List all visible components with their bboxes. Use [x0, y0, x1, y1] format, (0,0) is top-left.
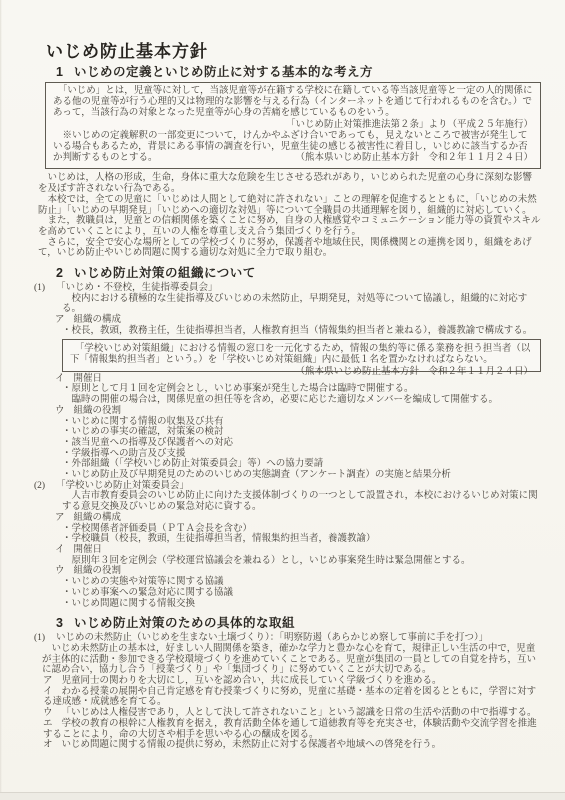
section-number: 3 [56, 616, 64, 631]
kana-label: イ [55, 545, 65, 555]
scanned-document-page: いじめ防止基本方針 1いじめの定義といじめ防止に対する基本的な考え方 「いじめ」… [0, 0, 565, 800]
kana-label: ウ [55, 406, 65, 416]
sub-a-heading: ア組織の構成 [55, 513, 541, 524]
kana-label: イ [55, 374, 65, 384]
section-1: 1いじめの定義といじめ防止に対する基本的な考え方 「いじめ」とは，児童等に対して… [38, 65, 541, 259]
measure-text: 「いじめは人権侵害であり，人として決して許されないこと」という認識を日常の生活や… [62, 708, 537, 718]
schedule-line: 臨時の開催の場合は，関係児童の担任等を含め，必要に応じた適切なメンバーを編成して… [62, 395, 541, 406]
measure-item: イわかる授業の展開や自己肯定感を育む授業づくりに努め，児童に基礎・基本の定着を図… [43, 687, 541, 708]
measure-intro: いじめ未然防止の基本は，好ましい人間関係を築き，確かな学力と豊かな心を育て，規律… [42, 644, 541, 676]
section-heading-text: いじめの定義といじめ防止に対する基本的な考え方 [74, 65, 373, 79]
role-bullet: ・外部組織（「学校いじめ防止対策委員会」等）への協力要請 [62, 459, 541, 470]
kana-label: エ [43, 719, 53, 729]
schedule-line: 原則年３回を定例会（学校運営協議会を兼ねる）とし，いじめ事案発生時は緊急開催とす… [62, 556, 541, 567]
section-number: 2 [56, 266, 64, 281]
item-number: (1) [34, 633, 50, 644]
role-bullet: ・いじめ問題に関する情報交換 [62, 599, 541, 610]
measure-item: オいじめ問題に関する情報の提供に努め，未然防止に対する保護者や地域への啓発を行う… [43, 740, 541, 751]
role-bullet: ・いじめ事案への緊急対応に関する協議 [62, 588, 541, 599]
measure-item-1-title-line: (1)いじめの未然防止（いじめを生まない土壌づくり）：「明察防遏（あらかじめ察し… [34, 633, 541, 644]
kana-label: イ [43, 687, 53, 697]
sub-heading-text: 開催日 [74, 545, 103, 555]
section-3-heading: 3いじめ防止対策のための具体的な取組 [56, 616, 541, 631]
member-bullet: ・学校職員（校長，教頭，生徒指導担当者，情報集約担当者，養護教諭） [62, 534, 541, 545]
kana-label: ア [55, 315, 65, 325]
item-number: (1) [34, 283, 50, 294]
section-3: 3いじめ防止対策のための具体的な取組 (1)いじめの未然防止（いじめを生まない土… [38, 616, 541, 751]
sub-c-heading: ウ組織の役割 [55, 406, 541, 417]
section-heading-text: いじめ防止対策のための具体的な取組 [74, 616, 295, 630]
measure-item: ア児童同士の関わりを大切にし，互いを認め合い，共に成長していく学級づくりを進める… [43, 676, 541, 687]
org-item-intro: 人吉市教育委員会のいじめ防止に向けた支援体制づくりの一つとして設置され，本校にお… [62, 491, 541, 512]
sub-b-heading: イ開催日 [55, 545, 541, 556]
schedule-line: ・原則として月１回を定例会とし，いじめ事案が発生した場合は臨時で開催する。 [62, 384, 541, 395]
intro-paragraph: さらに，安全で安心な場所としての学校づくりに努め，保護者や地域住民，関係機関との… [38, 238, 541, 259]
pref-policy-citation: （熊本県いじめ防止基本方針 令和２年１１月２４日） [295, 153, 533, 164]
measure-item: エ学校の教育の根幹に人権教育を据え，教育活動全体を通して道徳教育等を充実させ，体… [43, 719, 541, 740]
sub-heading-text: 組織の役割 [74, 406, 122, 416]
measure-text: わかる授業の展開や自己肯定感を育む授業づくりに努め，児童に基礎・基本の定着を図る… [43, 687, 536, 708]
definition-box: 「いじめ」とは，児童等に対して，当該児童等が在籍する学校に在籍している等当該児童… [45, 82, 541, 169]
member-bullet: ・校長，教頭，教務主任，生徒指導担当者，人権教育担当（情報集約担当者と兼ねる），… [62, 326, 541, 337]
section-2-heading: 2いじめ防止対策の組織について [56, 266, 541, 281]
kana-label: ア [55, 513, 65, 523]
kana-label: オ [43, 740, 53, 750]
role-bullet: ・いじめに関する情報の収集及び共有 [62, 417, 541, 428]
measure-item: ウ「いじめは人権侵害であり，人として決して許されないこと」という認識を日常の生活… [43, 708, 541, 719]
section-heading-text: いじめ防止対策の組織について [74, 266, 256, 280]
sub-a-heading: ア組織の構成 [55, 315, 541, 326]
measure-text: いじめ問題に関する情報の提供に努め，未然防止に対する保護者や地域への啓発を行う。 [62, 740, 442, 750]
role-bullet: ・いじめの事実の確認，対策案の検討 [62, 427, 541, 438]
org-item-intro: 校内における積極的な生徒指導及びいじめの未然防止，早期発見，対処等について協議し… [62, 294, 541, 315]
info-box-citation: （熊本県いじめ防止基本方針 令和２年１１月２４日） [295, 367, 533, 379]
kana-label: ウ [43, 708, 53, 718]
org-item-1-title-line: (1)「いじめ・不登校，生徒指導委員会」 [34, 283, 541, 294]
document-title: いじめ防止基本方針 [46, 42, 541, 62]
info-consolidation-box: 「学校いじめ対策組織」における情報の窓口を一元化するため，情報の集約等に係る業務… [62, 339, 541, 372]
member-bullet: ・学校関係者評価委員（ＰＴＡ会長を含む） [62, 524, 541, 535]
info-box-text: 「学校いじめ対策組織」における情報の窓口を一元化するため，情報の集約等に係る業務… [70, 344, 530, 366]
sub-heading-text: 組織の構成 [74, 315, 122, 325]
sub-c-heading: ウ組織の役割 [55, 566, 541, 577]
sub-heading-text: 組織の役割 [74, 566, 122, 576]
role-bullet: ・学級指導への助言及び支援 [62, 449, 541, 460]
intro-paragraph: いじめは，人格の形成，生命，身体に重大な危険を生じさせる恐れがあり，いじめられた… [38, 173, 541, 194]
section-number: 1 [56, 65, 64, 80]
item-number: (2) [34, 481, 50, 492]
measure-text: 学校の教育の根幹に人権教育を据え，教育活動全体を通して道徳教育等を充実させ，体験… [43, 719, 537, 740]
section-1-heading: 1いじめの定義といじめ防止に対する基本的な考え方 [56, 65, 541, 80]
org-item-title: 「学校いじめ防止対策委員会」 [56, 481, 189, 491]
intro-paragraph: また，教職員は，児童との信頼関係を築くことに努め，自身の人権感覚やコミュニケーシ… [38, 216, 541, 237]
measure-item-title: いじめの未然防止（いじめを生まない土壌づくり）：「明察防遏（あらかじめ察して事前… [56, 633, 488, 643]
org-item-title: 「いじめ・不登校，生徒指導委員会」 [56, 283, 218, 293]
scan-edge-left [0, 0, 2, 800]
kana-label: ア [43, 676, 53, 686]
scan-edge-bottom [0, 792, 565, 800]
definition-note: ※いじめの定義解釈の一部変更について，けんかやふざけ合いであっても，見えないとこ… [53, 131, 533, 165]
role-bullet: ・いじめ防止及び早期発見のためのいじめの実態調査（アンケート調査）の実施と結果分… [62, 470, 541, 481]
role-bullet: ・該当児童への指導及び保護者への対応 [62, 438, 541, 449]
role-bullet: ・いじめの実態や対策等に関する協議 [62, 577, 541, 588]
sub-heading-text: 組織の構成 [74, 513, 122, 523]
kana-label: ウ [55, 566, 65, 576]
org-item-2-title-line: (2)「学校いじめ防止対策委員会」 [34, 481, 541, 492]
section-2: 2いじめ防止対策の組織について (1)「いじめ・不登校，生徒指導委員会」 校内に… [38, 266, 541, 609]
law-citation: 「いじめ防止対策推進法第２条」より（平成２５年施行） [53, 120, 533, 131]
sub-heading-text: 開催日 [74, 374, 103, 384]
definition-text: 「いじめ」とは，児童等に対して，当該児童等が在籍する学校に在籍している等当該児童… [53, 86, 533, 120]
measure-text: 児童同士の関わりを大切にし，互いを認め合い，共に成長していく学級づくりを進める。 [62, 676, 442, 686]
intro-paragraph: 本校では，全ての児童に「いじめは人間として絶対に許されない」ことの理解を促進する… [38, 195, 541, 216]
